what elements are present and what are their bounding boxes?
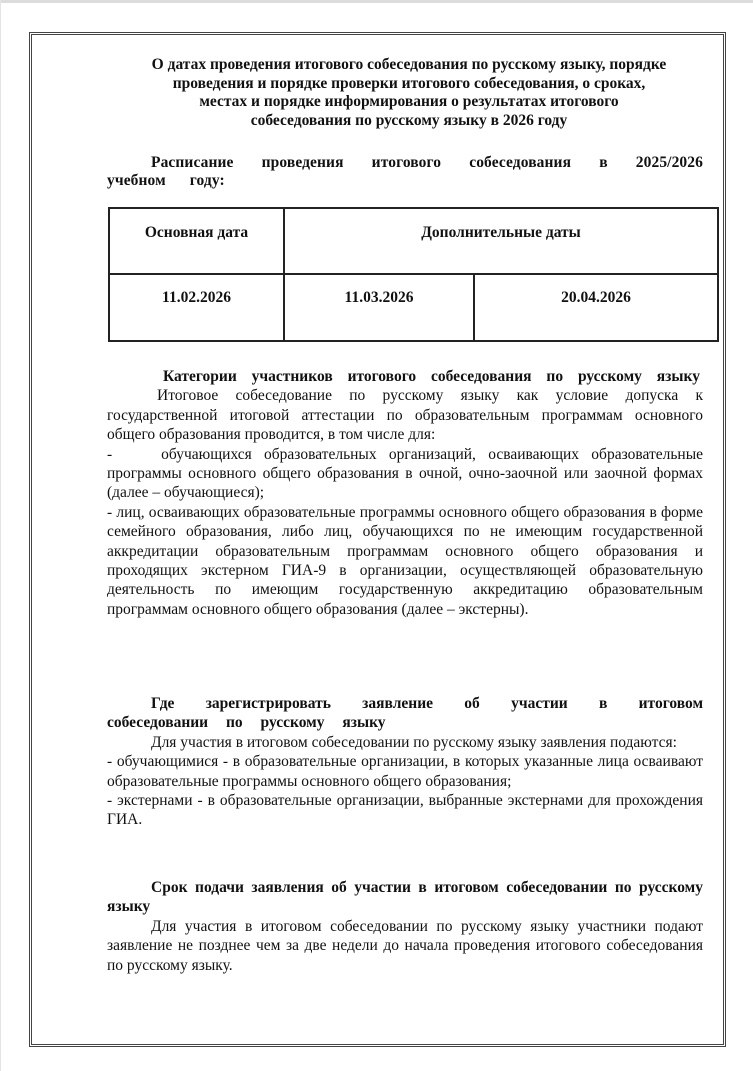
list-item: - обучающихся образовательных организаци…: [107, 445, 703, 503]
cell-main-date: 11.02.2026: [109, 274, 284, 341]
section-heading: Срок подачи заявления об участии в итого…: [107, 878, 703, 917]
section-application-deadline: Срок подачи заявления об участии в итого…: [107, 878, 703, 975]
section-paragraph: Для участия в итоговом собеседовании по …: [107, 917, 703, 975]
document-title: О датах проведения итогового собеседован…: [107, 56, 703, 130]
section-participant-categories: Категории участников итогового собеседов…: [107, 367, 703, 619]
title-line: проведения и порядке проверки итогового …: [173, 75, 646, 92]
page-top-edge: [0, 0, 753, 3]
schedule-table: Основная дата Дополнительные даты 11.02.…: [108, 207, 719, 342]
section-heading: Категории участников итогового собеседов…: [107, 367, 703, 386]
section-paragraph: Для участия в итоговом собеседовании по …: [107, 733, 703, 752]
cell-additional-date-2: 20.04.2026: [474, 274, 718, 341]
list-item: - лиц, осваивающих образовательные прогр…: [107, 503, 703, 619]
document-header: О датах проведения итогового собеседован…: [107, 56, 703, 190]
header-additional-dates: Дополнительные даты: [284, 208, 718, 274]
list-item: - экстернами - в образовательные организ…: [107, 791, 703, 830]
title-line: местах и порядке информирования о резуль…: [199, 93, 618, 110]
cell-additional-date-1: 11.03.2026: [284, 274, 474, 341]
table-row: 11.02.2026 11.03.2026 20.04.2026: [109, 274, 718, 341]
header-main-date: Основная дата: [109, 208, 284, 274]
page-left-edge: [0, 0, 1, 1071]
section-where-to-register: Где зарегистрировать заявление об участи…: [107, 694, 703, 830]
table-header-row: Основная дата Дополнительные даты: [109, 208, 718, 274]
section-heading: Где зарегистрировать заявление об участи…: [107, 694, 703, 733]
title-line: собеседования по русскому языку в 2026 г…: [251, 112, 568, 129]
title-line: О датах проведения итогового собеседован…: [152, 56, 667, 73]
section-paragraph: Итоговое собеседование по русскому языку…: [107, 386, 703, 444]
schedule-heading: Расписание проведения итогового собеседо…: [107, 154, 703, 190]
list-item: - обучающимися - в образовательные орган…: [107, 752, 703, 791]
